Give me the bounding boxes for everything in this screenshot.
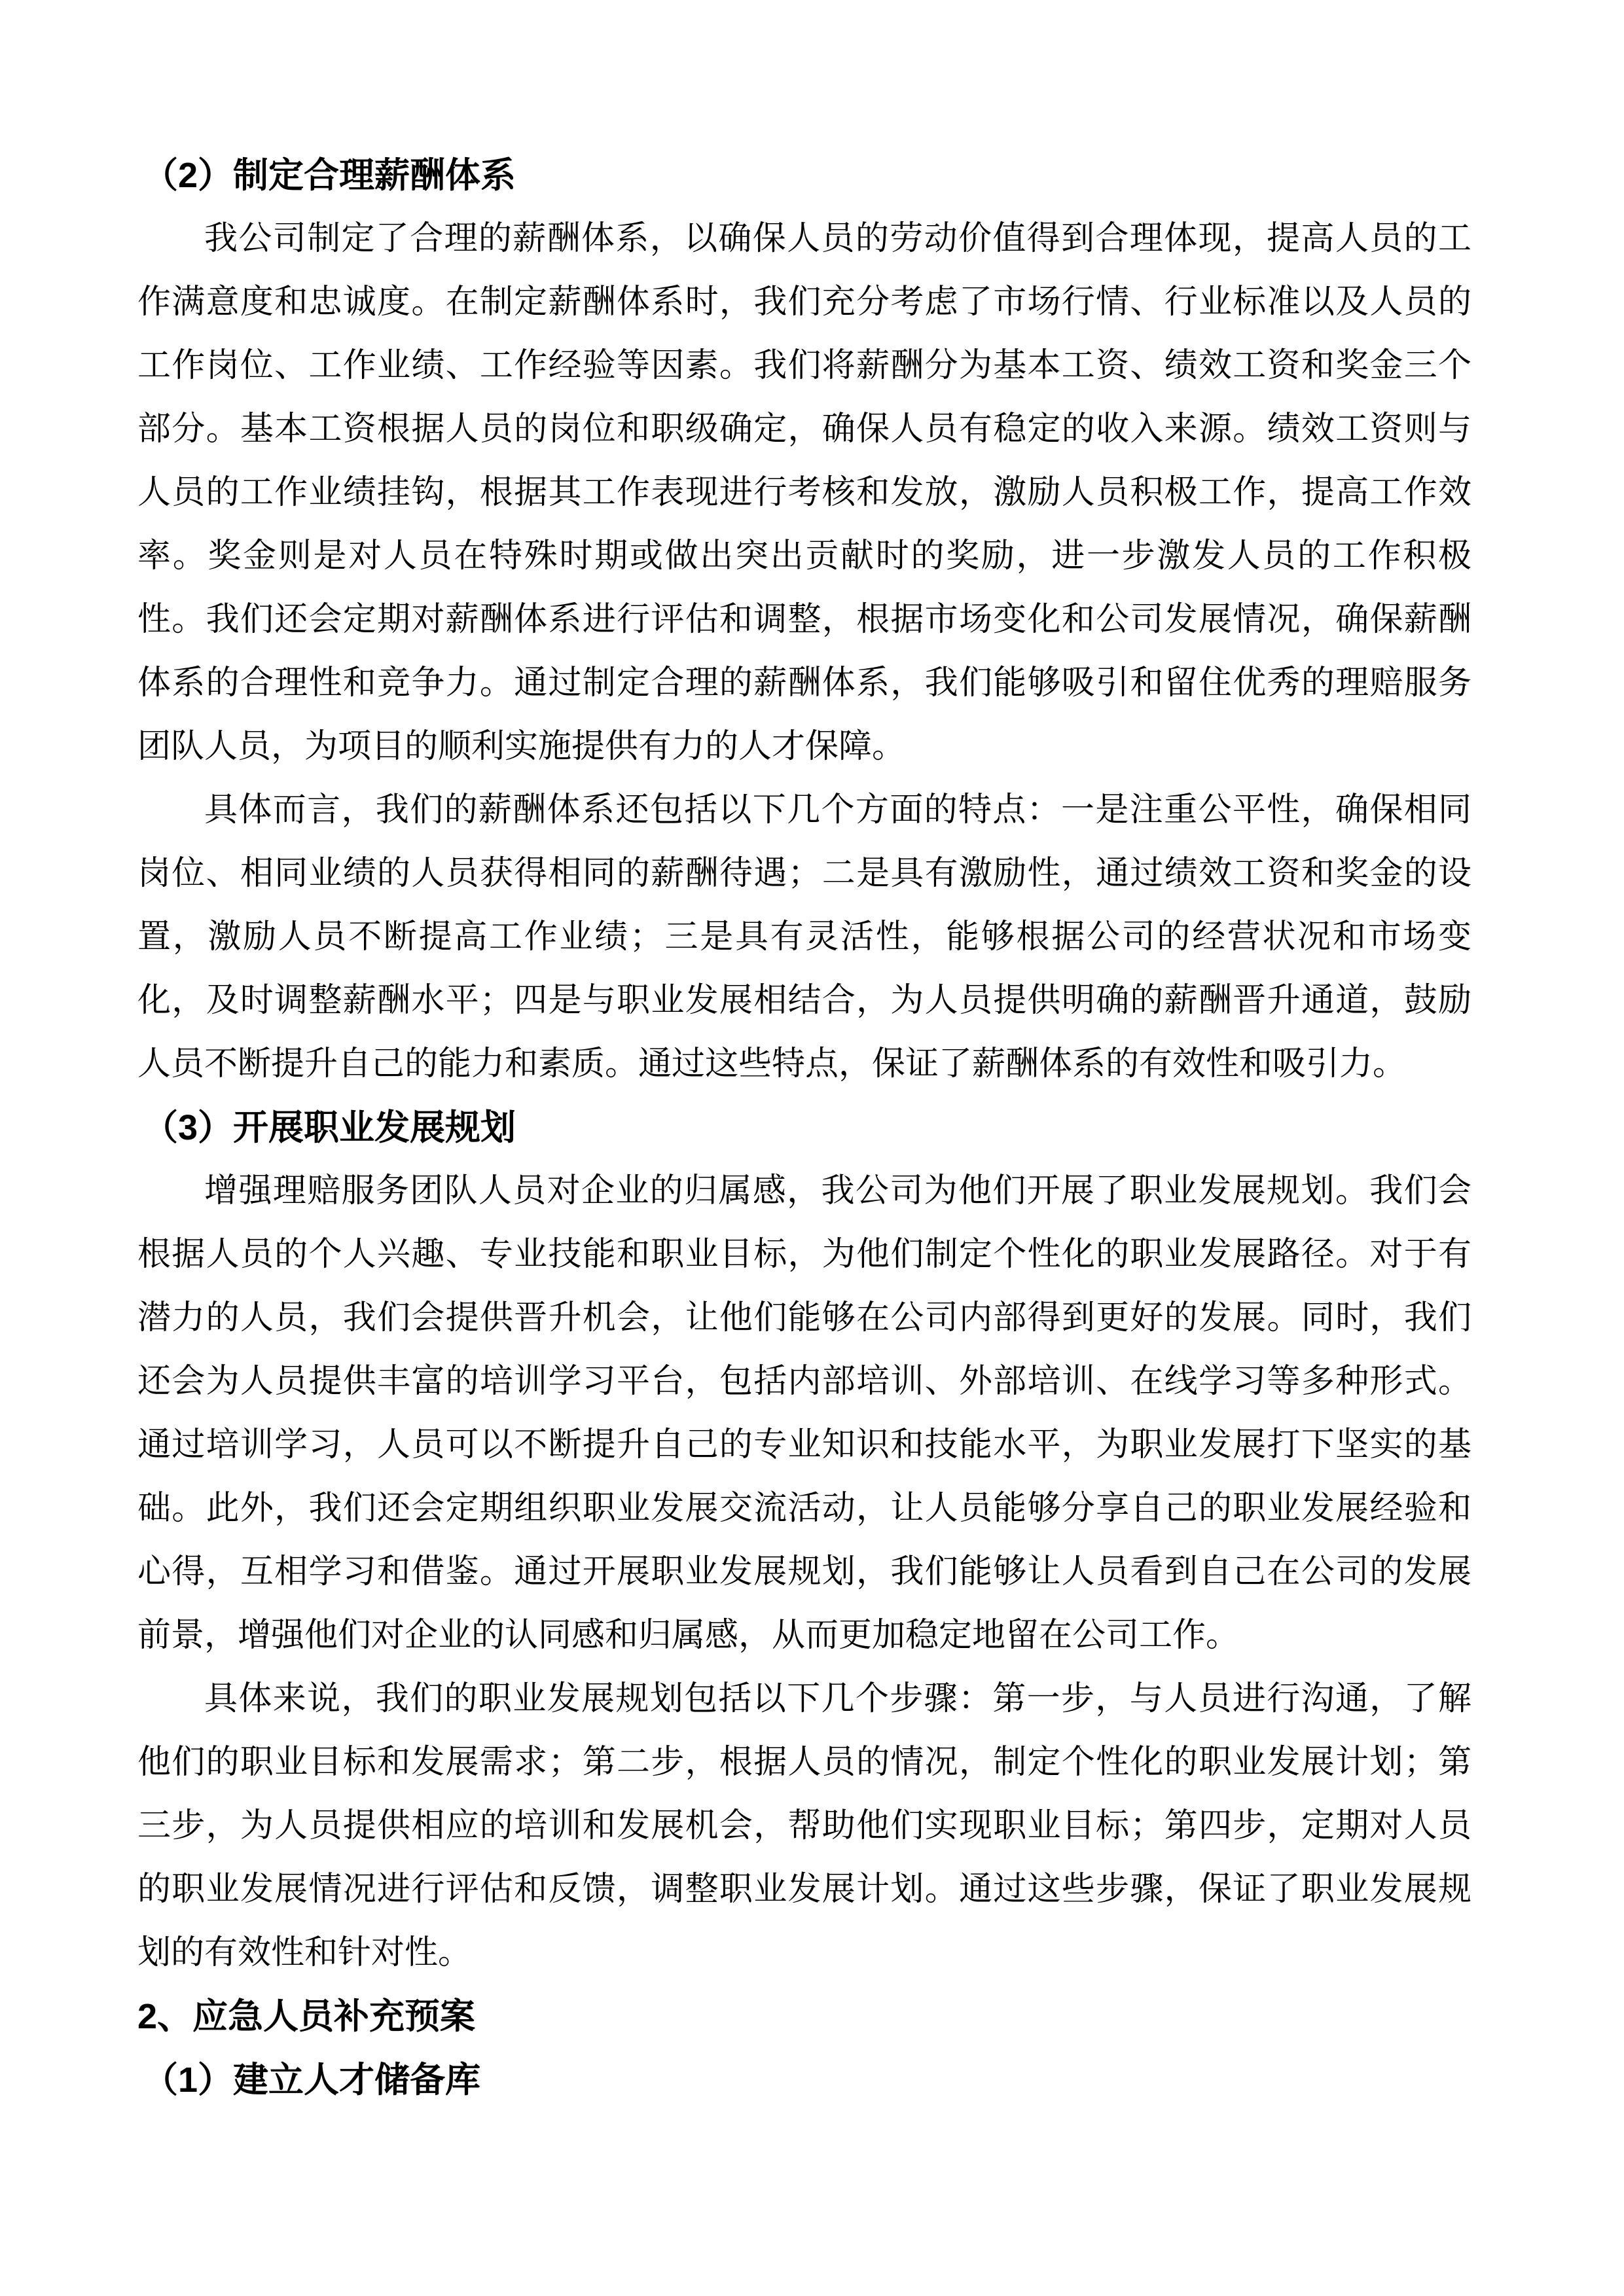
- paragraph-compensation-system-features: 具体而言，我们的薪酬体系还包括以下几个方面的特点：一是注重公平性，确保相同岗位、…: [137, 779, 1471, 1096]
- subheading-talent-reserve-pool: （1）建立人才储备库: [143, 2049, 1471, 2112]
- paragraph-career-development-overview: 增强理赔服务团队人员对企业的归属感，我公司为他们开展了职业发展规划。我们会根据人…: [137, 1160, 1471, 1668]
- document-page: （2）制定合理薪酬体系 我公司制定了合理的薪酬体系，以确保人员的劳动价值得到合理…: [0, 0, 1624, 2296]
- heading-emergency-staff-supplement-plan: 2、应急人员补充预案: [137, 1985, 1471, 2049]
- subheading-career-development-planning: （3）开展职业发展规划: [143, 1096, 1471, 1160]
- paragraph-compensation-system-overview: 我公司制定了合理的薪酬体系，以确保人员的劳动价值得到合理体现，提高人员的工作满意…: [137, 207, 1471, 779]
- subheading-compensation-system: （2）制定合理薪酬体系: [143, 144, 1471, 207]
- paragraph-career-development-steps: 具体来说，我们的职业发展规划包括以下几个步骤：第一步，与人员进行沟通，了解他们的…: [137, 1668, 1471, 1985]
